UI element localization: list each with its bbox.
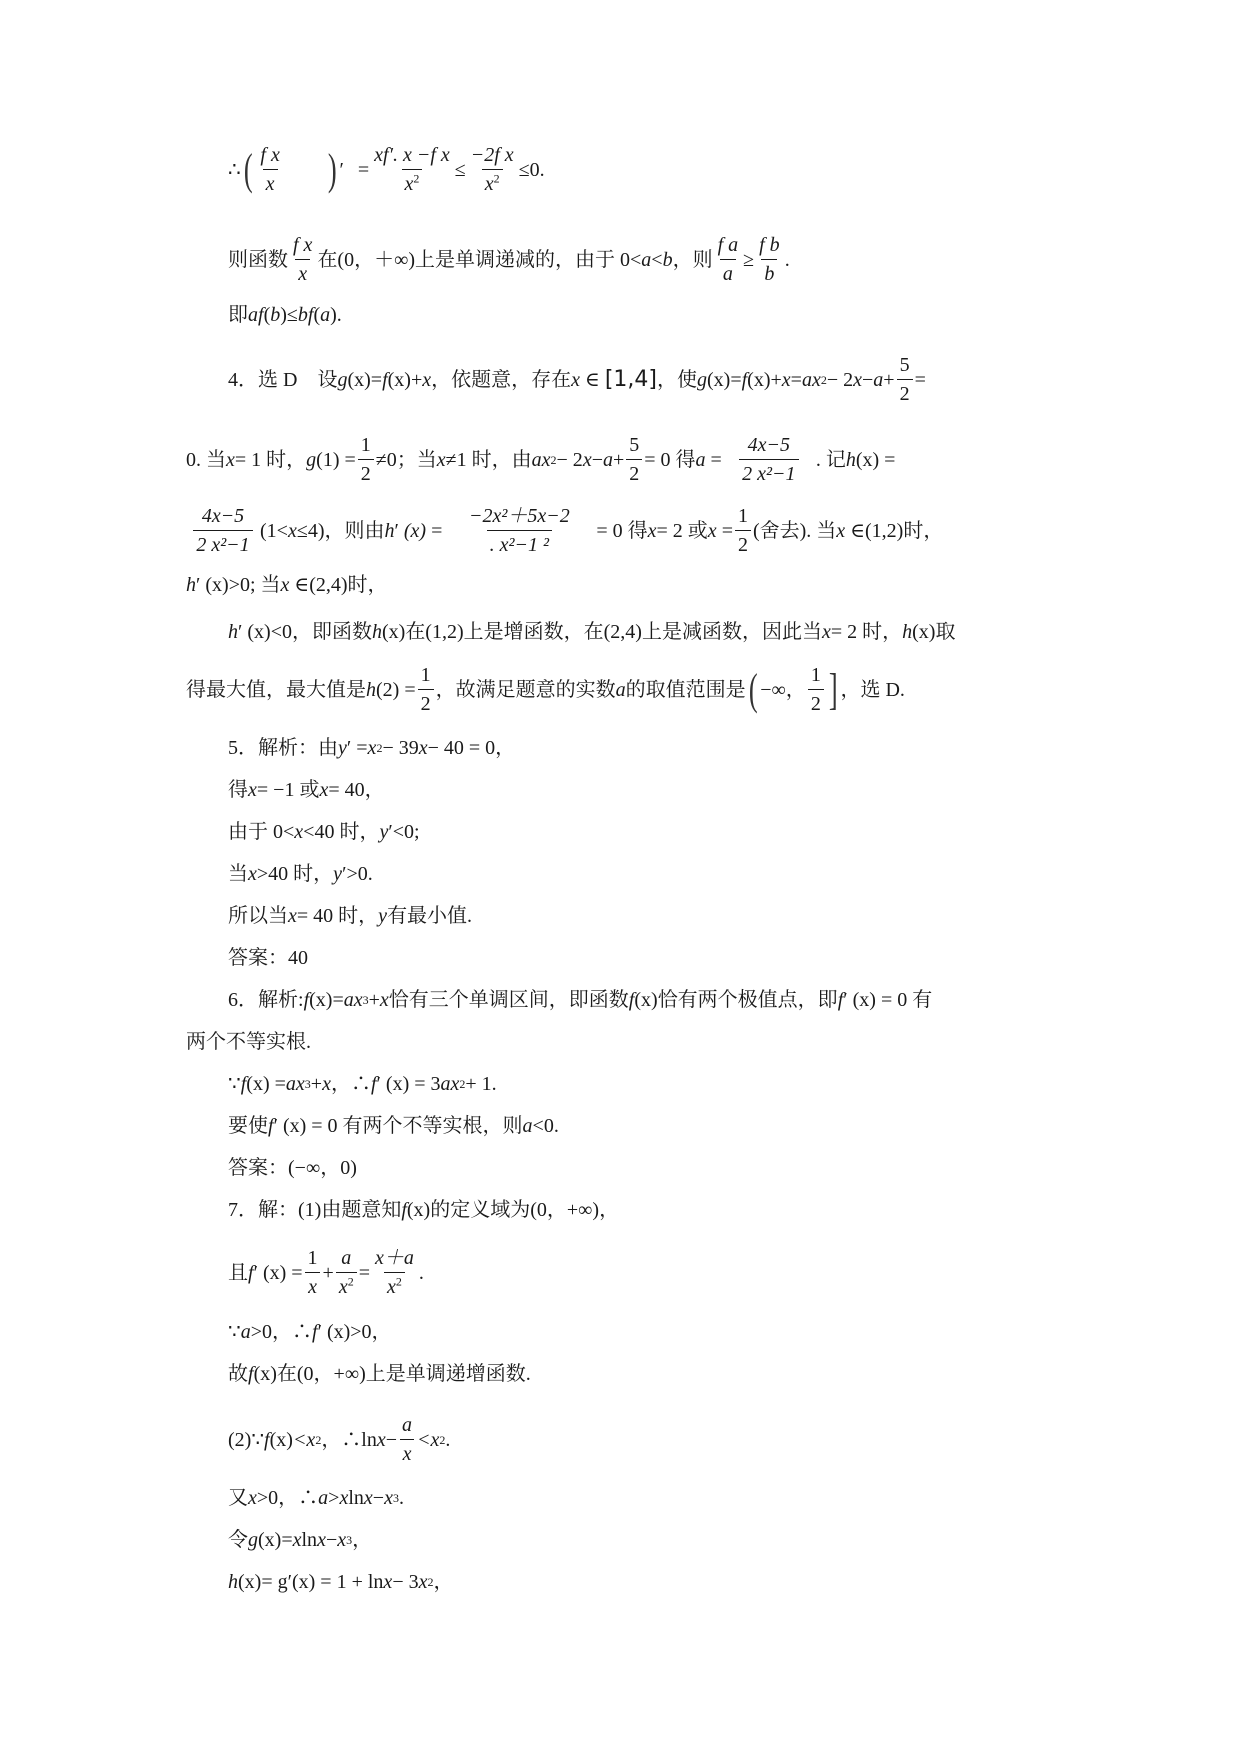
math-text: 5．解析：由 <box>228 738 338 758</box>
math-text: (x) <box>634 990 657 1010</box>
math-text: 2 <box>358 459 374 485</box>
line-26: 又 x>0，∴a>xln x − x3. <box>228 1488 404 1508</box>
math-text: x <box>364 1488 373 1508</box>
line-14: 所以当 x = 40 时，y 有最小值. <box>228 906 472 926</box>
math-text: g <box>697 370 707 390</box>
math-text: (x) <box>747 370 770 390</box>
line-24: 故 f(x)在(0，+∞)上是单调递增函数. <box>228 1364 531 1384</box>
math-text: ( <box>313 305 320 325</box>
math-text: = <box>431 521 442 541</box>
math-text: 要使 <box>228 1116 268 1136</box>
math-text: a <box>873 370 883 390</box>
math-text: x <box>339 1276 348 1298</box>
math-text: = <box>711 450 722 470</box>
math-text: (x) <box>407 1200 430 1220</box>
math-text: (2,4)时， <box>309 575 387 595</box>
math-text: x <box>248 1488 257 1508</box>
math-text: (舍去). 当 <box>753 521 836 541</box>
math-text: ax <box>532 450 551 470</box>
var-a: a <box>641 250 651 270</box>
math-text: x <box>648 521 657 541</box>
math-text: 取 <box>935 622 955 642</box>
math-text: a <box>696 450 706 470</box>
math-text: = <box>332 990 343 1010</box>
math-text: > <box>328 1488 339 1508</box>
math-text: 2 <box>418 689 434 715</box>
fraction-1-over-2: 12 <box>808 665 824 715</box>
math-text: (x)<0，即函数 <box>247 622 372 642</box>
math-text: y <box>379 822 388 842</box>
math-text: a <box>720 259 736 285</box>
math-text: ，∴ln <box>321 1430 377 1450</box>
math-text: ax <box>802 370 821 390</box>
math-text: − <box>592 450 603 470</box>
math-text: = 0 得 <box>596 521 647 541</box>
math-text: 2 <box>897 379 913 405</box>
math-text: (x) <box>347 370 370 390</box>
right-paren: ) <box>328 148 337 192</box>
math-text: 的取值范围是 <box>626 680 746 700</box>
math-text: ax <box>441 1074 460 1094</box>
math-text: (1< <box>260 521 288 541</box>
math-text: ≠1 时，由 <box>446 450 532 470</box>
math-text: 1 <box>808 665 824 689</box>
math-text: x <box>288 521 297 541</box>
math-text: x <box>380 990 389 1010</box>
math-text: (x) <box>388 370 411 390</box>
math-text: y <box>338 738 347 758</box>
line-22: 且 f′ (x) = 1x + ax2 = x＋ax2 . <box>228 1243 424 1303</box>
math-text: = <box>371 370 382 390</box>
line-19: 要使 f′ (x) = 0 有两个不等实根，则 a<0. <box>228 1116 559 1136</box>
fraction-xpa-over-x2: x＋ax2 <box>372 1248 417 1298</box>
math-text: )≤ <box>280 305 298 325</box>
math-text: = 40， <box>328 780 384 800</box>
fraction-h-prime: −2x²＋5x−2. x²−1 ² <box>444 506 594 556</box>
math-text: [1,4] <box>605 369 657 391</box>
math-text: (x) <box>856 450 879 470</box>
fraction-a-expression: 4x−52 x²−1 <box>724 435 814 485</box>
equals-sign: = <box>358 160 369 180</box>
math-text: >0，∴ <box>257 1488 318 1508</box>
math-text: 1 <box>358 435 374 459</box>
math-text: a <box>241 1322 251 1342</box>
math-text: (1) = <box>316 450 356 470</box>
math-text: 得 <box>228 780 248 800</box>
math-text: x <box>368 738 377 758</box>
line-12: 由于 0<x<40 时，y′ <0; <box>228 822 420 842</box>
math-text: 7．解：(1)由题意知 <box>228 1200 401 1220</box>
math-text: g <box>337 370 347 390</box>
math-text: ′ <box>843 990 847 1010</box>
math-text: x <box>485 173 494 195</box>
text: ，则 <box>673 250 713 270</box>
math-text: + <box>770 370 781 390</box>
math-text: x <box>293 1530 302 1550</box>
math-text: − <box>373 1488 384 1508</box>
fraction-1-over-2: 12 <box>418 665 434 715</box>
math-text: . x²−1 ² <box>487 530 552 556</box>
math-text: 的定义域为(0，+∞)， <box>430 1200 619 1220</box>
math-text: x <box>853 370 862 390</box>
math-text: 有最小值. <box>387 906 472 926</box>
math-text: x <box>317 1530 326 1550</box>
line-20-answer: 答案：(−∞，0) <box>228 1158 357 1178</box>
math-text: (2) = <box>376 680 416 700</box>
fraction-5-over-2: 52 <box>897 355 913 405</box>
math-text: >0，∴ <box>251 1322 312 1342</box>
math-text: (x) <box>254 1364 277 1384</box>
math-text: <x <box>417 1430 439 1450</box>
math-text: 5 <box>897 355 913 379</box>
math-text: h <box>366 680 376 700</box>
line-9: 得最大值，最大值是 h(2) = 12 ，故满足题意的实数 a 的取值范围是 (… <box>186 660 905 720</box>
line-16-problem6: 6．解析: f(x) = ax3 + x 恰有三个单调区间，即函数 f(x)恰有… <box>228 990 932 1010</box>
math-text: . 记 <box>816 450 846 470</box>
answer-text: 答案：(−∞，0) <box>228 1158 357 1178</box>
math-text: h <box>228 622 238 642</box>
math-text: (x)>0， <box>327 1322 392 1342</box>
fraction-1-over-2: 12 <box>358 435 374 485</box>
line-28: h(x) = g′(x) = 1 + ln x − 3x2， <box>228 1572 453 1592</box>
math-text: (x) = 3 <box>386 1074 441 1094</box>
math-text: . <box>419 1263 424 1283</box>
math-text: (x) = <box>246 1074 286 1094</box>
math-text: = <box>915 370 926 390</box>
answer-text: 答案：40 <box>228 948 308 968</box>
math-text: 5 <box>626 435 642 459</box>
math-text: (x) <box>270 1430 293 1450</box>
math-text: 又 <box>228 1488 248 1508</box>
math-text: >0. <box>346 864 372 884</box>
math-text: h <box>228 1572 238 1592</box>
math-text: g <box>306 450 316 470</box>
math-text: (x) <box>382 622 405 642</box>
math-text: . <box>445 1430 450 1450</box>
math-text: h <box>372 622 382 642</box>
math-text: + <box>369 990 380 1010</box>
math-text: x <box>248 864 257 884</box>
math-text: 2 x²−1 <box>739 459 798 485</box>
math-text: 2 <box>494 171 500 185</box>
line-3: 即 af(b)≤bf(a). <box>228 305 342 325</box>
math-text: = 1 时， <box>235 450 306 470</box>
math-text: h <box>384 521 394 541</box>
math-text: 恰有三个单调区间，即函数 <box>389 990 629 1010</box>
math-text: ′ <box>347 738 351 758</box>
line-21-problem7: 7．解：(1)由题意知 f(x)的定义域为(0，+∞)， <box>228 1200 619 1220</box>
geq-sign: ≥ <box>743 250 754 270</box>
math-text: ∵ <box>228 1322 241 1342</box>
math-text: x <box>339 1488 348 1508</box>
math-text: x <box>377 1430 386 1450</box>
math-text: a <box>399 1415 415 1439</box>
math-text: (x)>0; 当 <box>205 575 280 595</box>
math-text: <0. <box>533 1116 559 1136</box>
math-text: 2 <box>413 171 419 185</box>
math-text: (x) = 0 有 <box>853 990 933 1010</box>
math-text: x <box>322 1074 331 1094</box>
math-text: h <box>846 450 856 470</box>
math-text: 4x−5 <box>745 435 793 459</box>
math-text: ln <box>348 1488 364 1508</box>
math-text: −2x²＋5x−2 <box>466 506 573 530</box>
math-text: x <box>387 1276 396 1298</box>
math-text: − 2 <box>557 450 583 470</box>
line-6: 4x−52 x²−1 (1<x≤4)，则由 h′ (x) = −2x²＋5x−2… <box>186 500 943 562</box>
math-text: = <box>722 521 733 541</box>
math-text: b <box>270 305 280 325</box>
math-text: = <box>281 1530 292 1550</box>
math-text: 得最大值，最大值是 <box>186 680 366 700</box>
math-text: + <box>411 370 422 390</box>
fraction-fb-over-b: f bb <box>756 235 783 285</box>
math-text: = 2 或 <box>657 521 708 541</box>
math-text: = 0 得 <box>644 450 695 470</box>
math-text: (2)∵ <box>228 1430 264 1450</box>
math-text: ). <box>330 305 342 325</box>
line-1-derivative-quotient: ∴ ( f xx ) ′ = xf′. x −f xx2 ≤ −2f xx2 ≤… <box>228 145 545 195</box>
math-text: a <box>616 680 626 700</box>
leq-sign: ≤ <box>455 160 466 180</box>
math-text: 1 <box>305 1248 321 1272</box>
math-text: b <box>761 259 777 285</box>
math-text: f x <box>257 145 282 169</box>
fraction-1-over-x: 1x <box>305 1248 321 1298</box>
math-text: 所以当 <box>228 906 288 926</box>
line-5: 0. 当 x = 1 时，g(1) = 12 ≠0；当 x≠1 时，由 ax2 … <box>186 430 895 490</box>
line-7: h′ (x)>0; 当 x ∈ (2,4)时， <box>186 575 388 595</box>
math-text: ′ <box>196 575 200 595</box>
line-2-monotone: 则函数 f xx 在(0，＋∞)上是单调递减的，由于 0< a < b ，则 f… <box>228 232 790 288</box>
fraction-5-over-2: 52 <box>626 435 642 485</box>
math-text: − 3 <box>392 1572 418 1592</box>
text: 在(0，＋∞)上是单调递减的，由于 0< <box>317 250 641 270</box>
math-text: 当 <box>228 864 248 884</box>
math-text: x <box>583 450 592 470</box>
math-text: − <box>386 1430 397 1450</box>
math-text: = <box>730 370 741 390</box>
text: af <box>248 305 264 325</box>
math-text: a <box>320 305 330 325</box>
math-text: xf′. x −f x <box>371 145 453 169</box>
line-8: h′ (x)<0，即函数 h(x)在(1,2)上是增函数，在(2,4)上是减函数… <box>228 622 955 642</box>
math-text: 且 <box>228 1263 248 1283</box>
math-text: a <box>603 450 613 470</box>
math-text: 6．解析: <box>228 990 304 1010</box>
math-text: 4x−5 <box>199 506 247 530</box>
math-text: = <box>884 450 895 470</box>
math-text: x <box>337 1530 346 1550</box>
therefore-symbol: ∴ <box>228 160 241 180</box>
math-text: ≠0；当 <box>376 450 437 470</box>
math-text: ′ <box>254 1263 258 1283</box>
math-text: − <box>862 370 873 390</box>
math-text: x <box>319 780 328 800</box>
math-text: 1 <box>418 665 434 689</box>
math-text: x <box>836 521 845 541</box>
fraction-fx-over-x: f xx <box>257 145 282 195</box>
line-25-part2: (2)∵f(x)<x2，∴ln x − ax <x2. <box>228 1410 450 1470</box>
math-text: ′ <box>318 1322 322 1342</box>
math-text: (x) <box>912 622 935 642</box>
fraction-a-over-x: ax <box>399 1415 415 1465</box>
text: 则函数 <box>228 250 288 270</box>
math-text: 2 <box>396 1274 402 1288</box>
math-text: 令 <box>228 1530 248 1550</box>
math-text: f b <box>756 235 783 259</box>
math-text: x <box>281 575 290 595</box>
math-text: 2 <box>735 530 751 556</box>
text: < <box>651 250 662 270</box>
math-text: 在(0，+∞)上是单调递增函数. <box>277 1364 531 1384</box>
math-text: ，依题意，存在 <box>431 370 571 390</box>
math-text: x <box>708 521 717 541</box>
math-text: ， <box>352 1530 372 1550</box>
math-text: 故 <box>228 1364 248 1384</box>
line-4-problem4-setup: 4．选 D 设 g(x) = f(x) + x ，依题意，存在 x ∈ [1,4… <box>228 352 926 408</box>
math-text: (1,2)时， <box>865 521 943 541</box>
math-text: f x <box>290 235 315 259</box>
math-text: (x) <box>258 1530 281 1550</box>
math-text: x <box>571 370 580 390</box>
math-text: + <box>311 1074 322 1094</box>
math-text: ∈ <box>294 575 309 595</box>
math-text: a <box>318 1488 328 1508</box>
math-text: = <box>359 1263 370 1283</box>
math-text: bf <box>298 305 314 325</box>
math-text: x <box>263 169 278 195</box>
line-13: 当 x>40 时，y′ >0. <box>228 864 373 884</box>
math-text: x <box>419 1572 428 1592</box>
math-text: + <box>323 1263 334 1283</box>
right-bracket: ] <box>829 668 838 712</box>
math-text: f a <box>715 235 742 259</box>
math-text: x <box>226 450 235 470</box>
math-text: 2 x²−1 <box>193 530 252 556</box>
math-text: h <box>902 622 912 642</box>
math-text: ′ <box>274 1116 278 1136</box>
math-text: = −1 或 <box>257 780 320 800</box>
math-text: − 2 <box>827 370 853 390</box>
math-text: ′ <box>238 622 242 642</box>
fraction-neg2fx: −2f xx2 <box>468 145 517 195</box>
math-text: y <box>378 906 387 926</box>
math-text: x <box>294 822 303 842</box>
math-text: = g′(x) = 1 + ln <box>261 1572 383 1592</box>
math-text: ∵ <box>228 1074 241 1094</box>
math-text: (x) = <box>263 1263 303 1283</box>
text: ≤0. <box>519 160 545 180</box>
line-15-answer: 答案：40 <box>228 948 308 968</box>
math-text: ，选 D. <box>840 680 904 700</box>
math-text: x＋a <box>372 1248 417 1272</box>
fraction-fa-over-a: f aa <box>715 235 742 285</box>
math-text: (x) <box>707 370 730 390</box>
math-text: x <box>295 259 310 285</box>
math-text: (x) <box>238 1572 261 1592</box>
prime-mark: ′ <box>339 160 343 180</box>
math-text: − <box>326 1530 337 1550</box>
math-text: (x) <box>404 521 426 541</box>
math-text: x <box>822 622 831 642</box>
line-18: ∵f(x) = ax3 + x，∴f′ (x) = 3ax2 + 1. <box>228 1074 497 1094</box>
text: 4．选 D 设 <box>228 370 337 390</box>
var-b: b <box>663 250 673 270</box>
fraction-a-over-x2: ax2 <box>336 1248 357 1298</box>
math-text: a <box>523 1116 533 1136</box>
math-text: <0; <box>393 822 420 842</box>
line-11: 得 x = −1 或 x = 40， <box>228 780 385 800</box>
math-text: x <box>437 450 446 470</box>
math-text: ，故满足题意的实数 <box>436 680 616 700</box>
math-text: >40 时， <box>257 864 333 884</box>
math-text: x <box>383 1572 392 1592</box>
math-text: − 39 <box>382 738 418 758</box>
math-text: ≤4)，则由 <box>297 521 385 541</box>
math-text: ax <box>344 990 363 1010</box>
math-text: + 1. <box>465 1074 496 1094</box>
math-text: x <box>422 370 431 390</box>
math-text: ln <box>302 1530 318 1550</box>
math-text: x <box>305 1272 320 1298</box>
math-text: ∈ <box>585 370 600 390</box>
line-27: 令 g(x) = xln x − x3， <box>228 1530 372 1550</box>
fraction-1-over-2: 12 <box>735 506 751 556</box>
math-text: <x <box>293 1430 315 1450</box>
math-text: (x) = 0 有两个不等实根，则 <box>283 1116 523 1136</box>
fraction-fx-over-x: f xx <box>290 235 315 285</box>
text: . <box>785 250 790 270</box>
math-text: a <box>338 1248 354 1272</box>
math-text: x <box>384 1488 393 1508</box>
math-text: x <box>400 1439 415 1465</box>
math-text: − 40 = 0， <box>428 738 516 758</box>
math-text: g <box>248 1530 258 1550</box>
math-text: ， <box>433 1572 453 1592</box>
math-text: y <box>333 864 342 884</box>
math-text: h <box>186 575 196 595</box>
fraction-derivative: xf′. x −f xx2 <box>371 145 453 195</box>
math-text: 2 <box>626 459 642 485</box>
math-text: 在(1,2)上是增函数，在(2,4)上是减函数，因此当 <box>405 622 822 642</box>
math-text: = <box>791 370 802 390</box>
math-text: + <box>883 370 894 390</box>
math-text: x <box>288 906 297 926</box>
math-text: <40 时， <box>303 822 379 842</box>
math-text: = <box>356 738 367 758</box>
math-text: 2 <box>348 1274 354 1288</box>
math-text: x <box>419 738 428 758</box>
math-text: ( <box>264 305 271 325</box>
line-23: ∵a>0，∴f′ (x)>0， <box>228 1322 392 1342</box>
math-text: 两个不等实根. <box>186 1032 311 1052</box>
math-text: 由于 0< <box>228 822 294 842</box>
math-text: x <box>782 370 791 390</box>
math-text: 恰有两个极值点，即 <box>658 990 838 1010</box>
math-text: 1 <box>735 506 751 530</box>
math-text: x <box>248 780 257 800</box>
line-10-problem5: 5．解析：由 y′ = x2 − 39x − 40 = 0， <box>228 738 515 758</box>
math-text: ，∴ <box>331 1074 371 1094</box>
math-text: ′ <box>377 1074 381 1094</box>
math-text: 0. 当 <box>186 450 226 470</box>
math-text: 2 <box>808 689 824 715</box>
math-text: ax <box>286 1074 305 1094</box>
math-text: ′ <box>394 521 398 541</box>
math-text: . <box>399 1488 404 1508</box>
fraction-h: 4x−52 x²−1 <box>188 506 258 556</box>
